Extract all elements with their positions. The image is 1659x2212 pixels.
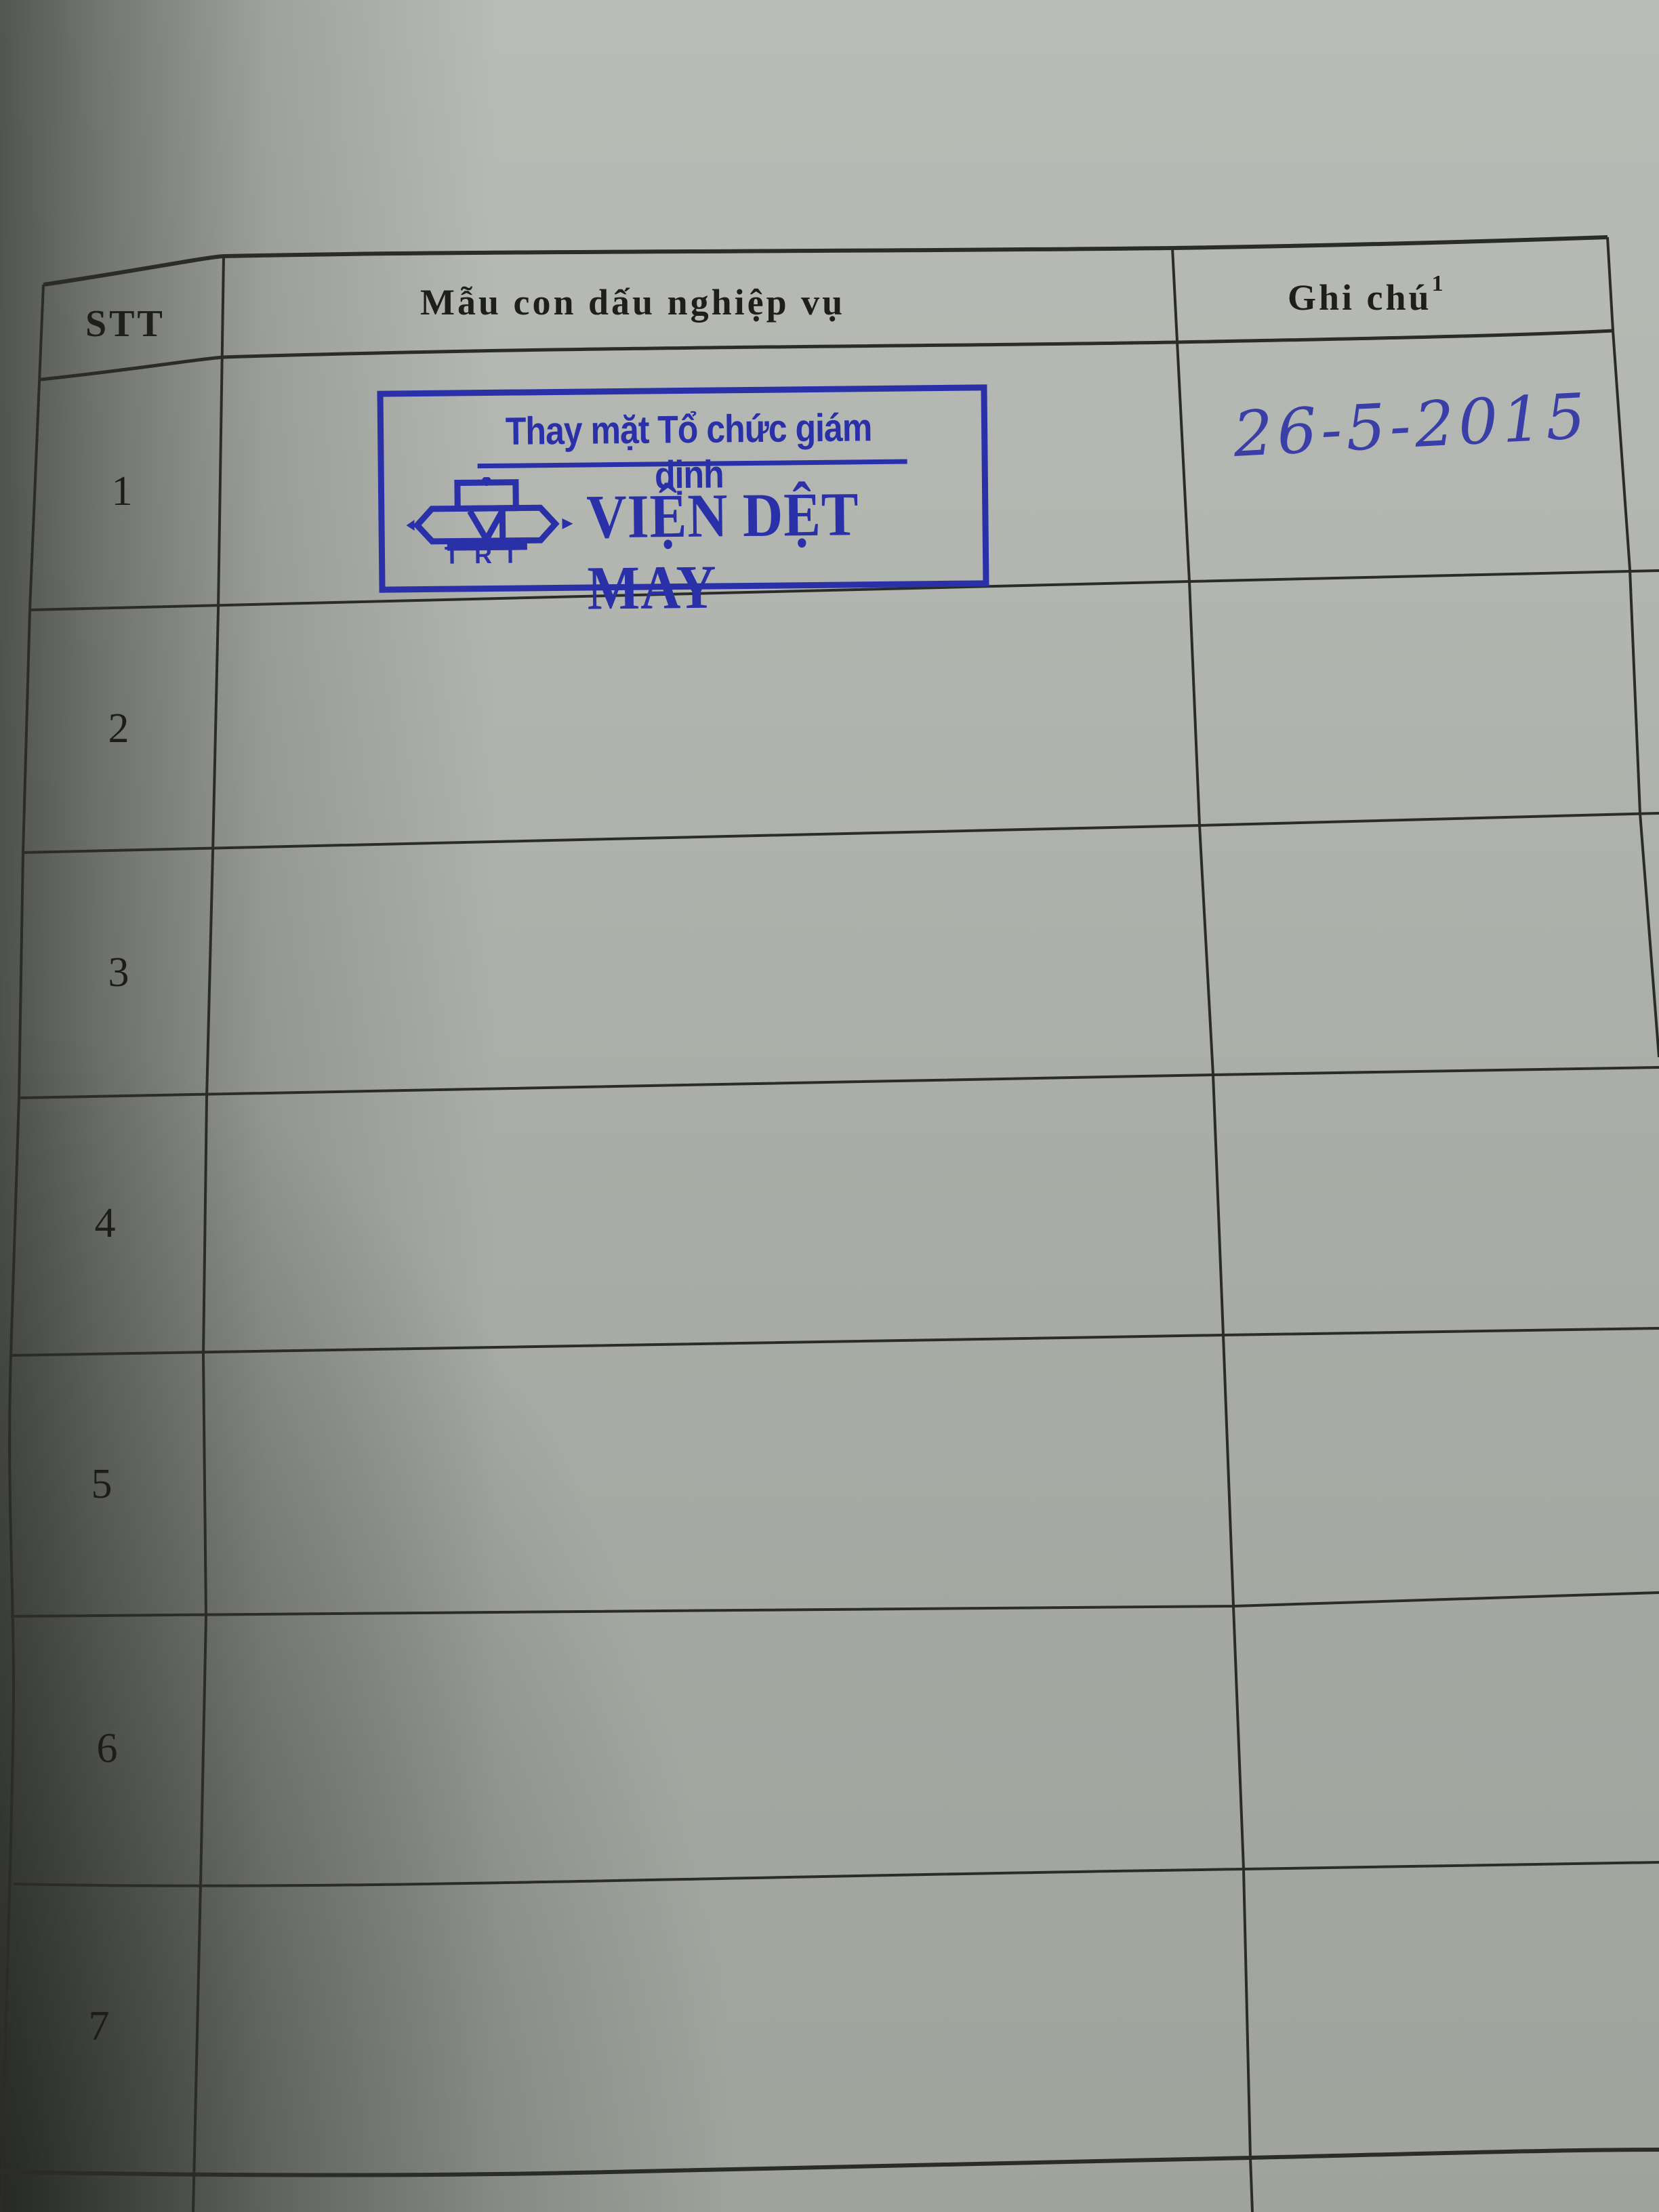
table-grid bbox=[0, 0, 1659, 2212]
header-stamp-sample: Mẫu con dấu nghiệp vụ bbox=[420, 281, 845, 323]
organization-stamp: Thay mặt Tổ chức giám định VIỆN DỆT MAY … bbox=[377, 384, 989, 592]
header-note: Ghi chú1 bbox=[1288, 271, 1443, 319]
stamp-organization-name: VIỆN DỆT MAY bbox=[586, 477, 983, 624]
row-index-6: 6 bbox=[80, 1725, 134, 1773]
row-index-7: 7 bbox=[72, 2003, 126, 2051]
row-index-4: 4 bbox=[78, 1200, 132, 1248]
row-index-3: 3 bbox=[91, 949, 146, 997]
footnote-marker: 1 bbox=[1432, 271, 1443, 296]
header-index: STT bbox=[85, 302, 165, 346]
row-index-2: 2 bbox=[91, 705, 146, 753]
row-index-1: 1 bbox=[95, 468, 149, 516]
row-index-5: 5 bbox=[75, 1460, 129, 1509]
stamp-logo-letters: TRI bbox=[445, 540, 529, 569]
header-note-label: Ghi chú bbox=[1288, 277, 1432, 318]
